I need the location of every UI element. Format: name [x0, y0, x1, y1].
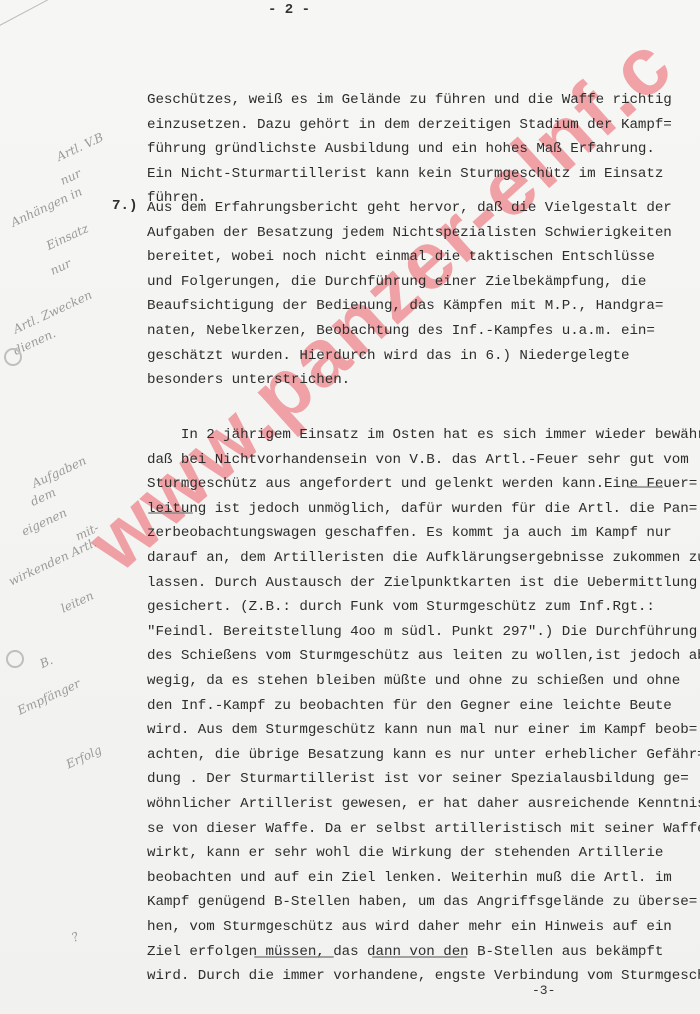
text-line: wird. Durch die immer vorhandene, engste… [147, 966, 700, 986]
text-line: Ziel erfolgen müssen, das dann von den B… [147, 942, 663, 962]
margin-note: Empfänger [15, 676, 82, 717]
text-line: besonders unterstrichen. [147, 370, 350, 390]
text-line: daß bei Nichtvorhandensein von V.B. das … [147, 450, 689, 470]
handwritten-margin-notes: Artl. V.B nur Anhängen in Einsatz nur Ar… [0, 130, 115, 950]
text-line: und Folgerungen, die Durchführung einer … [147, 272, 646, 292]
margin-note: Aufgaben [30, 453, 89, 490]
margin-note: Einsatz [44, 221, 91, 253]
text-line: Aufgaben der Besatzung jedem Nichtspezia… [147, 223, 672, 243]
text-line: se von dieser Waffe. Da er selbst artill… [147, 819, 700, 839]
text-line: Kampf genügend B-Stellen haben, um das A… [147, 892, 697, 912]
text-line: naten, Nebelkerzen, Beobachtung des Inf.… [147, 321, 655, 341]
text-line: einzusetzen. Dazu gehört in dem derzeiti… [147, 115, 672, 135]
text-line: geschätzt wurden. Hierdurch wird das in … [147, 346, 629, 366]
margin-note: Artl. V.B [54, 130, 105, 164]
text-line: bereitet, wobei noch nicht einmal die ta… [147, 247, 655, 267]
text-line: lassen. Durch Austausch der Zielpunktkar… [147, 573, 697, 593]
text-line: des Schießens vom Sturmgeschütz aus leit… [147, 646, 700, 666]
margin-note: Erfolg [64, 743, 104, 772]
document-page: www.panzer-elnf.c - 2 - Artl. V.B nur An… [0, 0, 700, 1014]
pencil-underline [628, 486, 663, 488]
text-line: dung . Der Sturmartillerist ist vor sein… [147, 769, 689, 789]
text-line: darauf an, dem Artilleristen die Aufklär… [147, 548, 700, 568]
text-line: achten, die übrige Besatzung kann es nur… [147, 745, 700, 765]
margin-note: B. [38, 653, 55, 671]
margin-note: leiten [59, 588, 96, 615]
text-line: den Inf.-Kampf zu beobachten für den Geg… [147, 696, 672, 716]
margin-note: eigenen [19, 505, 69, 538]
text-line: leitung ist jedoch unmöglich, dafür wurd… [147, 499, 697, 519]
margin-note: nur [58, 166, 83, 188]
text-line: In 2 jährigem Einsatz im Osten hat es si… [147, 425, 700, 445]
page-number-top: - 2 - [268, 2, 310, 18]
margin-note: dem [28, 485, 58, 509]
pencil-underline [372, 956, 467, 958]
text-line: wird. Aus dem Sturmgeschütz kann nun mal… [147, 720, 697, 740]
text-line: Sturmgeschütz aus angefordert und gelenk… [147, 474, 697, 494]
text-line: Aus dem Erfahrungsbericht geht hervor, d… [147, 198, 672, 218]
text-line: führung gründlichste Ausbildung und ein … [147, 139, 655, 159]
text-line: wirkt, kann er sehr wohl die Wirkung der… [147, 843, 663, 863]
circle-mark [4, 348, 22, 366]
pencil-underline [148, 512, 193, 514]
text-line: Ein Nicht-Sturmartillerist kann kein Stu… [147, 164, 663, 184]
text-line: Beaufsichtigung der Bedienung, das Kämpf… [147, 296, 663, 316]
text-line: Geschützes, weiß es im Gelände zu führen… [147, 90, 672, 110]
page-number-bottom: -3- [532, 983, 555, 998]
text-line: wegig, da es stehen bleiben müßte und oh… [147, 671, 680, 691]
text-line: beobachten und auf ein Ziel lenken. Weit… [147, 868, 672, 888]
paragraph-number: 7.) [112, 198, 138, 214]
text-line: wöhnlicher Artillerist gewesen, er hat d… [147, 794, 700, 814]
text-line: hen, vom Sturmgeschütz aus wird daher me… [147, 917, 672, 937]
text-line: gesichert. (Z.B.: durch Funk vom Sturmge… [147, 597, 655, 617]
circle-mark [6, 650, 24, 668]
text-line: zerbeobachtungswagen geschaffen. Es komm… [147, 523, 672, 543]
margin-note: Anhängen in [9, 184, 85, 229]
margin-note: wirkenden Artl. [6, 536, 98, 589]
corner-fold-line [0, 0, 70, 31]
text-line: "Feindl. Bereitstellung 4oo m südl. Punk… [147, 622, 697, 642]
margin-note: ? [69, 929, 81, 944]
margin-note: nur [48, 256, 73, 278]
pencil-underline [254, 956, 334, 958]
